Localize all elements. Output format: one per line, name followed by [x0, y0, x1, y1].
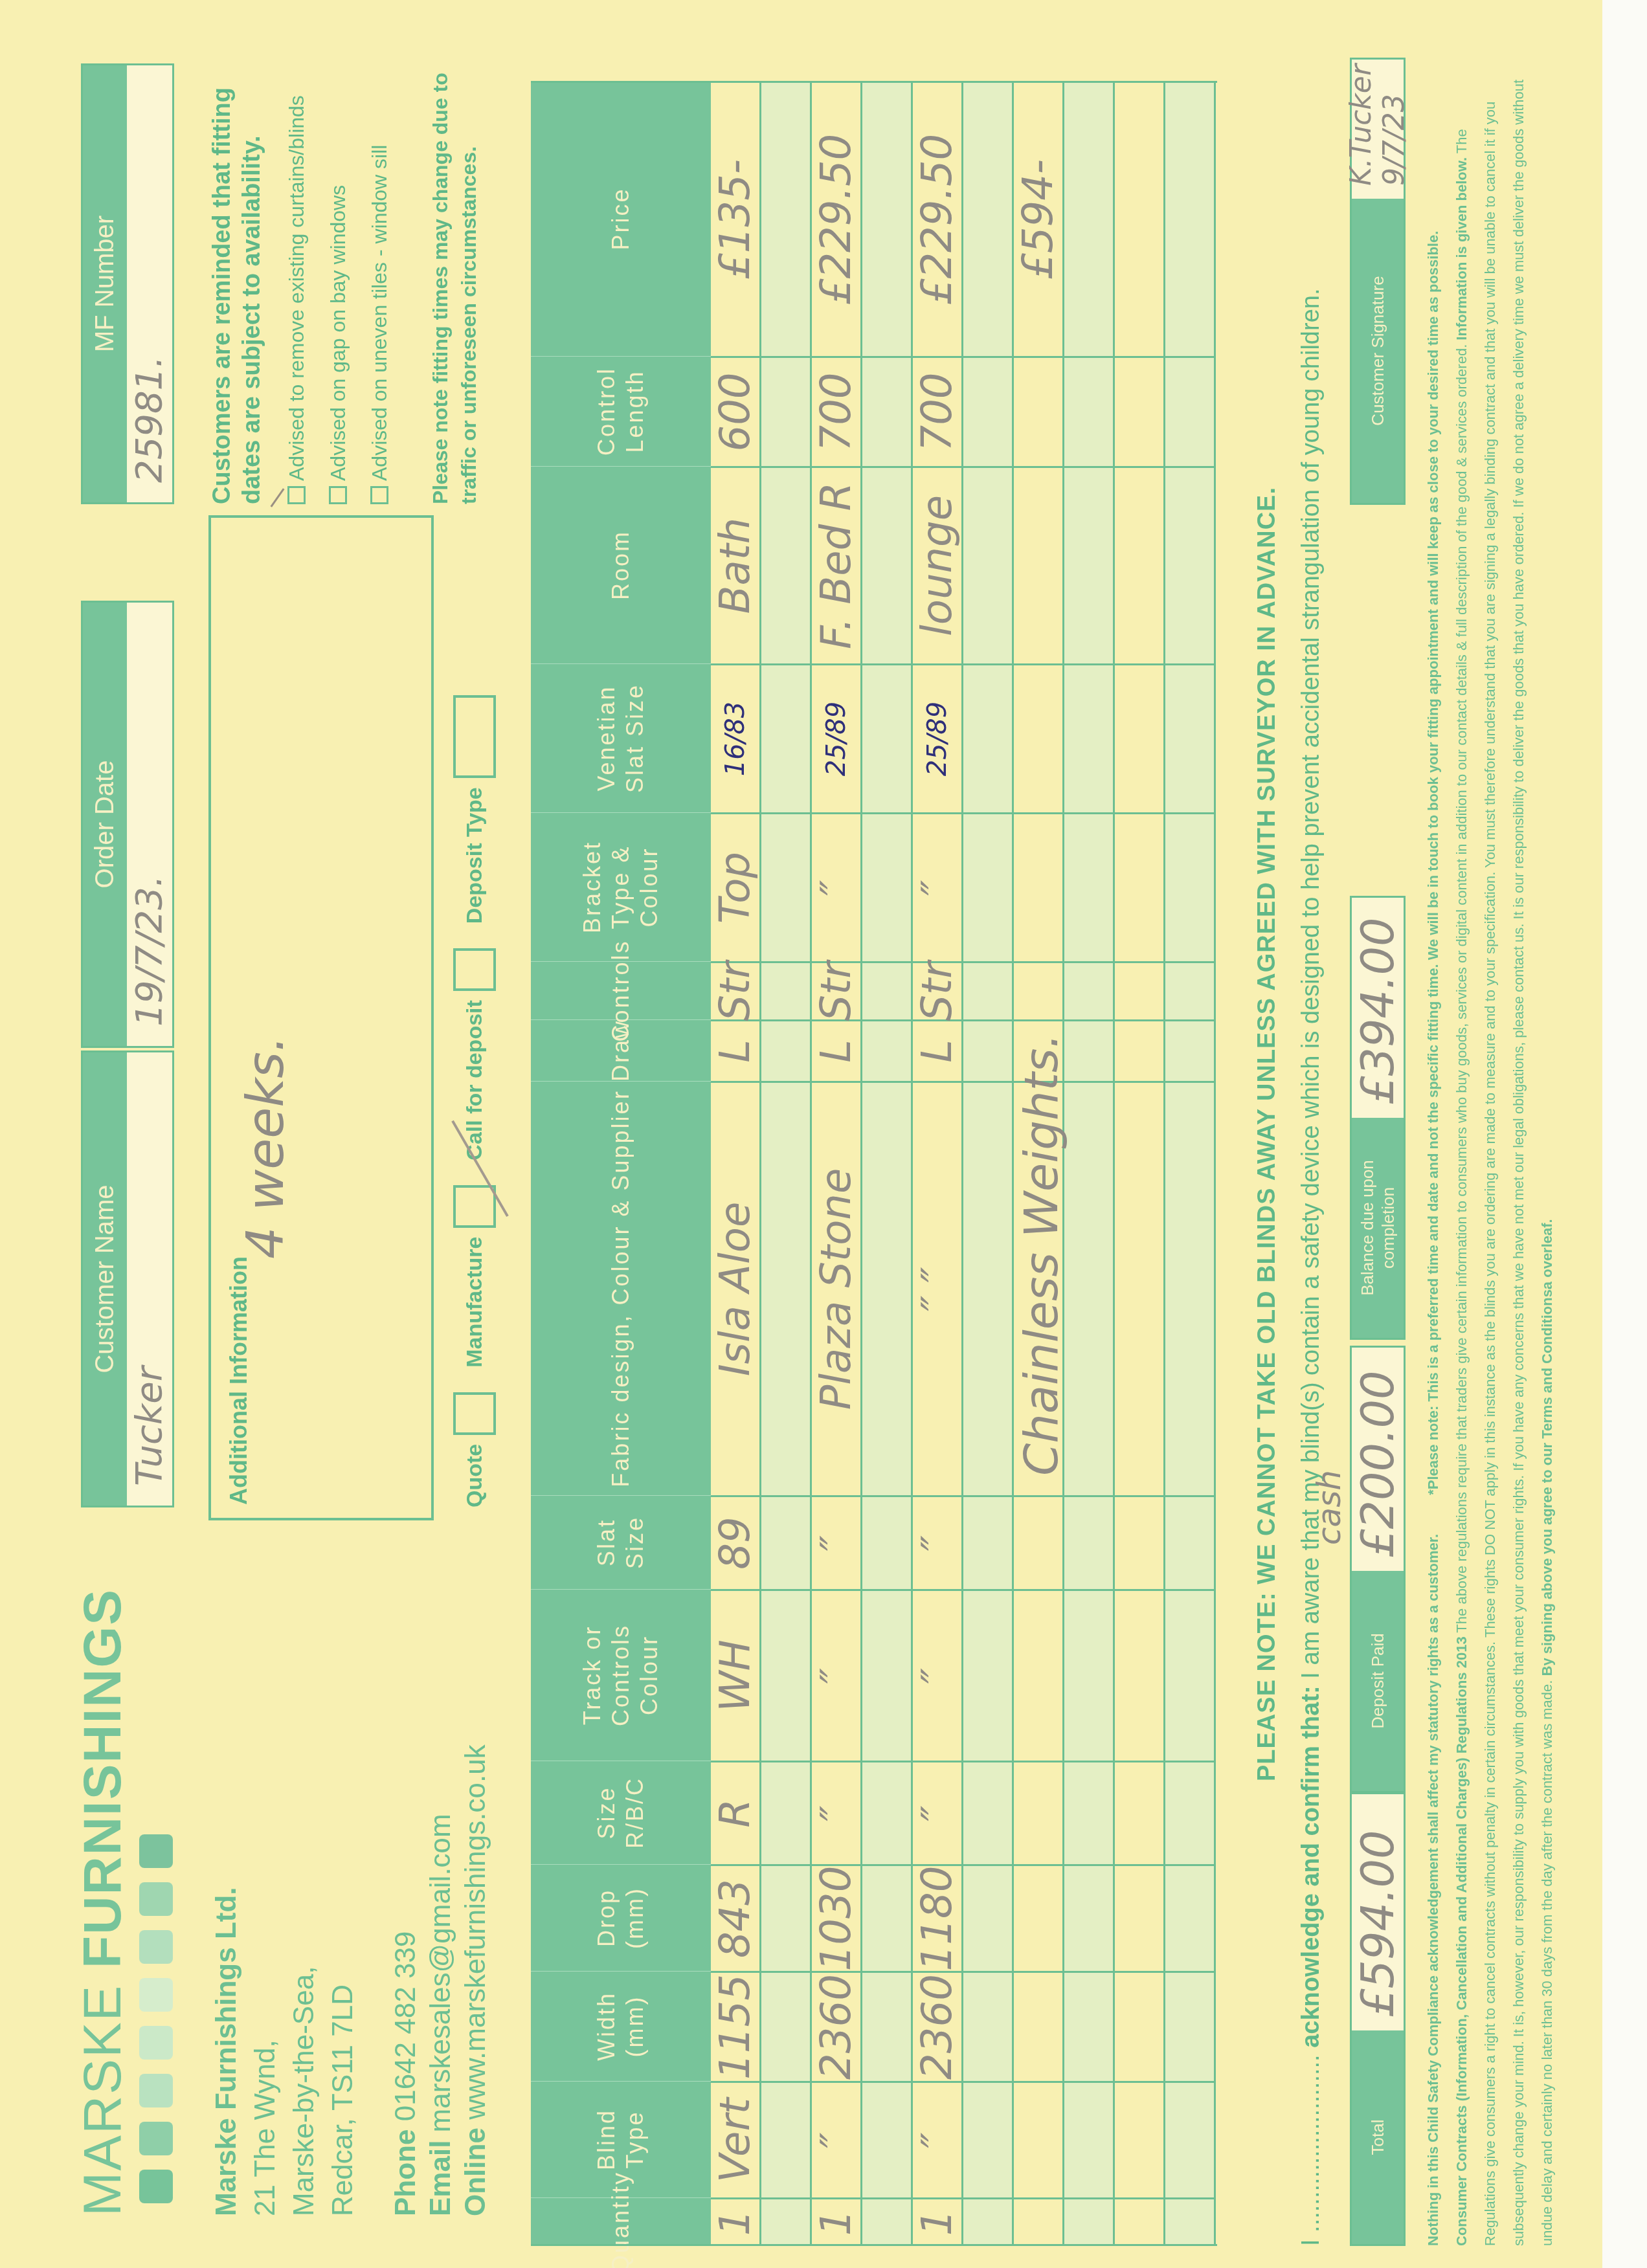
table-cell[interactable] [862, 1495, 911, 1589]
table-cell[interactable]: £229.50 [812, 81, 860, 356]
table-cell[interactable] [1115, 1864, 1163, 1971]
table-cell[interactable] [1115, 466, 1163, 663]
scan-margin [1602, 0, 1647, 2268]
cell-value: Str [913, 961, 961, 1021]
manufacture-checkbox[interactable] [453, 1185, 496, 1228]
additional-information-value[interactable]: 4 weeks. [237, 1036, 295, 1259]
table-cell[interactable] [862, 1864, 911, 1971]
deposit-paid-box[interactable]: Deposit Paid cash £200.00 [1350, 1346, 1406, 1793]
table-cell[interactable] [1014, 812, 1062, 961]
table-cell[interactable]: ″ [913, 1589, 961, 1761]
column-header: Fabric design, Colour & Supplier [531, 1081, 711, 1495]
table-cell[interactable]: Isla Aloe [711, 1081, 759, 1495]
table-cell[interactable] [1064, 1019, 1113, 1081]
cell-value: Vert [711, 2098, 759, 2183]
table-cell[interactable]: 1180 [913, 1864, 961, 1971]
cell-value: £594- [1014, 159, 1062, 280]
fabric-swatch-icon [139, 2122, 173, 2155]
deposit-method: cash [1310, 1470, 1348, 1545]
advice-label: Advised to remove existing curtains/blin… [276, 95, 317, 481]
availability-reminder: Customers are reminded that fitting date… [207, 51, 267, 504]
table-cell[interactable] [1064, 1971, 1113, 2081]
mf-number-label: MF Number [83, 65, 127, 502]
table-cell[interactable] [1115, 663, 1163, 812]
table-cell[interactable] [1115, 81, 1163, 356]
table-cell[interactable] [1115, 961, 1163, 1019]
table-row [1115, 81, 1165, 2246]
order-date-field[interactable]: Order Date 19/7/23. [81, 601, 174, 1048]
row-note: Chainless Weights. [1014, 1034, 1068, 1476]
cell-value: 1030 [812, 1866, 860, 1972]
balance-due-label: Balance due upon completion [1352, 1118, 1404, 1338]
company-address: Marske Furnishings Ltd. 21 The Wynd, Mar… [207, 1887, 363, 2216]
logo-light-text: MARSKE [73, 1984, 132, 2216]
logo-swatches [139, 1834, 173, 2203]
table-cell[interactable]: Top [711, 812, 759, 961]
cell-value: £229.50 [913, 134, 961, 306]
table-cell[interactable] [862, 2197, 911, 2246]
table-cell[interactable]: 89 [711, 1495, 759, 1589]
email-address: marskesales@gmail.com [425, 1814, 456, 2132]
online-label: Online [460, 2128, 491, 2216]
table-cell[interactable]: £594- [1014, 81, 1062, 356]
cell-value: 1 [812, 2210, 860, 2236]
table-cell[interactable] [862, 961, 911, 1019]
table-cell[interactable]: Plaza Stone [812, 1081, 860, 1495]
cell-value: 1155 [711, 1974, 759, 2080]
cell-value: 89 [711, 1517, 759, 1569]
customer-signature-box[interactable]: Customer Signature K.Tucker 9/7/23 [1350, 58, 1406, 505]
additional-information-box[interactable]: Additional Information 4 weeks. [208, 515, 434, 1520]
order-date-value[interactable]: 19/7/23. [127, 603, 172, 1046]
table-cell[interactable]: F. Bed R [812, 466, 860, 663]
cell-value: 16/83 [721, 702, 750, 776]
fitting-notes: Customers are reminded that fitting date… [207, 51, 483, 504]
checkbox-icon[interactable] [370, 486, 388, 504]
cell-value: Top [711, 852, 759, 924]
table-cell[interactable] [1064, 2081, 1113, 2197]
table-cell[interactable] [1165, 1019, 1214, 1081]
table-cell[interactable] [1064, 663, 1113, 812]
table-header: QuantityBlind TypeWidth (mm)Drop (mm)Siz… [531, 81, 711, 2246]
ack-signature-line: I .......................... [1297, 2054, 1325, 2246]
table-cell[interactable]: WH [711, 1589, 759, 1761]
table-cell[interactable] [963, 2197, 1012, 2246]
table-cell[interactable] [1165, 2081, 1214, 2197]
old-blinds-notice: PLEASE NOTE: WE CANNOT TAKE OLD BLINDS A… [1253, 0, 1281, 2268]
deposit-type-label: Deposit Type [462, 787, 487, 924]
table-cell[interactable] [1064, 812, 1113, 961]
quote-label: Quote [462, 1444, 487, 1507]
table-cell[interactable]: 843 [711, 1864, 759, 1971]
table-cell[interactable] [761, 812, 810, 961]
table-cell[interactable] [1115, 1971, 1163, 2081]
table-row [1064, 81, 1115, 2246]
column-header: Price [531, 81, 711, 356]
column-header: Room [531, 466, 711, 663]
table-cell[interactable]: 1155 [711, 1971, 759, 2081]
cell-value: lounge [913, 495, 961, 636]
swirl-swatch-icon [139, 1834, 173, 1868]
table-cell[interactable] [761, 1495, 810, 1589]
table-cell[interactable] [1014, 2197, 1062, 2246]
table-cell[interactable] [1014, 961, 1062, 1019]
cell-value: ″ [913, 1668, 961, 1684]
table-cell[interactable] [1115, 2197, 1163, 2246]
table-cell[interactable] [1014, 356, 1062, 466]
table-row [862, 81, 913, 2246]
table-cell[interactable] [963, 812, 1012, 961]
table-cell[interactable] [761, 1589, 810, 1761]
cell-value: 2360 [812, 1974, 860, 2080]
table-row: 1″23601030″″″Plaza StoneLStr″25/89F. Bed… [812, 81, 862, 2246]
table-cell[interactable] [1115, 1019, 1163, 1081]
cell-value: 1 [711, 2210, 759, 2236]
safety-acknowledgement: I .......................... acknowledge… [1297, 289, 1325, 2246]
table-cell[interactable] [761, 1019, 810, 1081]
table-cell[interactable] [862, 1589, 911, 1761]
cell-value: 1 [913, 2210, 961, 2236]
table-cell[interactable]: Bath [711, 466, 759, 663]
website-url: www.marskefurnishings.co.uk [460, 1744, 491, 2120]
brand-logo: MARSKE FURNISHINGS [73, 1588, 133, 2216]
table-cell[interactable] [1115, 1495, 1163, 1589]
company-name: Marske Furnishings Ltd. [207, 1887, 246, 2216]
table-cell[interactable] [1014, 663, 1062, 812]
table-cell[interactable] [1115, 356, 1163, 466]
cell-value: R [711, 1799, 759, 1827]
table-cell[interactable] [1014, 1971, 1062, 2081]
table-cell[interactable] [1165, 663, 1214, 812]
table-cell[interactable]: 1030 [812, 1864, 860, 1971]
table-cell[interactable] [761, 356, 810, 466]
table-cell[interactable]: ″ [812, 1761, 860, 1864]
terms-agreement: By signing above you agree to our Terms … [1539, 1219, 1555, 1676]
cell-value: 843 [711, 1879, 759, 1958]
table-cell[interactable] [1165, 961, 1214, 1019]
table-cell[interactable]: 25/89 [812, 663, 860, 812]
table-cell[interactable] [1165, 81, 1214, 356]
column-header: Control Length [531, 356, 711, 466]
logo-bold-text: FURNISHINGS [73, 1588, 132, 1968]
table-cell[interactable] [862, 1971, 911, 2081]
table-cell[interactable]: ″ [913, 2081, 961, 2197]
table-cell[interactable]: Vert [711, 2081, 759, 2197]
table-row [963, 81, 1014, 2246]
table-cell[interactable]: Str [913, 961, 961, 1019]
table-cell[interactable] [1014, 1864, 1062, 1971]
fabric-swatch-icon [139, 2170, 173, 2203]
checkbox-icon[interactable] [287, 486, 306, 504]
balance-due-box[interactable]: Balance due upon completion £394.00 [1350, 896, 1406, 1340]
table-cell[interactable]: Str [711, 961, 759, 1019]
table-cell[interactable] [761, 2197, 810, 2246]
table-cell[interactable] [1014, 2081, 1062, 2197]
table-cell[interactable] [1165, 1971, 1214, 2081]
cell-value: 700 [812, 372, 860, 451]
table-cell[interactable]: L [711, 1019, 759, 1081]
table-cell[interactable] [862, 81, 911, 356]
table-cell[interactable]: ″ [913, 1761, 961, 1864]
table-cell[interactable]: 1 [812, 2197, 860, 2246]
cell-value: L [812, 1039, 860, 1063]
customer-signature-value[interactable]: K.Tucker 9/7/23 [1352, 60, 1404, 199]
fabric-swatch-icon [139, 1882, 173, 1916]
table-cell[interactable]: L [913, 1019, 961, 1081]
balance-due-value[interactable]: £394.00 [1352, 898, 1404, 1118]
table-cell[interactable] [1165, 812, 1214, 961]
table-cell[interactable]: 1 [913, 2197, 961, 2246]
table-cell[interactable] [1014, 1589, 1062, 1761]
regulations-text: The above regulations require that trade… [1453, 344, 1470, 1637]
cell-value: 25/89 [822, 702, 851, 776]
mf-number-field[interactable]: MF Number 25981. [81, 63, 174, 504]
table-cell[interactable] [1165, 356, 1214, 466]
fabric-swatch-icon [139, 2026, 173, 2060]
cell-value: Bath [711, 518, 759, 614]
table-cell[interactable] [963, 81, 1012, 356]
table-cell[interactable] [963, 1495, 1012, 1589]
cell-value: ″ [913, 1806, 961, 1821]
cell-value: ″ [913, 2133, 961, 2148]
fabric-swatch-icon [139, 1930, 173, 1964]
table-cell[interactable] [1115, 812, 1163, 961]
ack-bold: acknowledge and confirm that: [1297, 1685, 1325, 2048]
deposit-paid-label: Deposit Paid [1352, 1571, 1404, 1791]
table-cell[interactable] [761, 663, 810, 812]
table-cell[interactable] [862, 2081, 911, 2197]
cell-value: £135- [711, 159, 759, 280]
table-cell[interactable] [862, 1761, 911, 1864]
total-label: Total [1352, 2030, 1404, 2244]
table-cell[interactable] [963, 1761, 1012, 1864]
email-label: Email [425, 2140, 456, 2216]
table-row: 1Vert1155843RWH89Isla AloeLStrTop16/83Ba… [711, 81, 761, 2246]
table-cell[interactable]: ″ ″ [913, 1081, 961, 1495]
cell-value: 1180 [913, 1866, 961, 1972]
table-cell[interactable] [761, 81, 810, 356]
table-cell[interactable] [963, 1081, 1012, 1495]
table-cell[interactable] [1014, 1761, 1062, 1864]
mf-number-value[interactable]: 25981. [127, 65, 172, 502]
column-header: Size R/B/C [531, 1761, 711, 1864]
table-cell[interactable] [963, 1589, 1012, 1761]
preferred-time-note: *Please note: This is a preferred time a… [1419, 231, 1448, 1495]
table-cell[interactable] [1064, 356, 1113, 466]
cell-value: 600 [711, 372, 759, 451]
table-cell[interactable] [963, 1019, 1012, 1081]
table-cell[interactable] [1064, 1864, 1113, 1971]
table-cell[interactable] [1014, 1495, 1062, 1589]
cell-value: ″ [812, 1668, 860, 1684]
fitting-times-note: Please note fitting times may change due… [426, 51, 483, 504]
table-cell[interactable] [963, 466, 1012, 663]
table-cell[interactable] [1064, 2197, 1113, 2246]
table-cell[interactable] [963, 2081, 1012, 2197]
table-cell[interactable] [761, 1081, 810, 1495]
cell-value: 2360 [913, 1974, 961, 2080]
table-cell[interactable] [1064, 81, 1113, 356]
table-cell[interactable]: Str [812, 961, 860, 1019]
advice-label: Advised on gap on bay windows [317, 185, 359, 481]
order-form-page: MARSKE FURNISHINGS Marske Furnishings Lt… [0, 0, 1602, 2268]
customer-name-label: Customer Name [83, 1052, 127, 1506]
cell-value: 700 [913, 372, 961, 451]
table-cell[interactable] [1165, 1864, 1214, 1971]
customer-signature-label: Customer Signature [1352, 199, 1404, 503]
table-cell[interactable] [1115, 1761, 1163, 1864]
legal-terms: Nothing in this Child Safety Compliance … [1419, 71, 1562, 2246]
table-cell[interactable] [862, 356, 911, 466]
table-cell[interactable] [963, 961, 1012, 1019]
order-items-table: QuantityBlind TypeWidth (mm)Drop (mm)Siz… [531, 81, 1217, 2246]
cell-value: L [913, 1039, 961, 1063]
table-cell[interactable]: £135- [711, 81, 759, 356]
consumer-contracts-paragraph: Consumer Contracts (Information, Cancell… [1448, 71, 1562, 2246]
additional-information-label: Additional Information [225, 1256, 252, 1505]
table-cell[interactable] [1115, 1081, 1163, 1495]
table-cell[interactable]: R [711, 1761, 759, 1864]
table-row: 1″23601180″″″″ ″LStr″25/89lounge700£229.… [913, 81, 963, 2246]
advice-remove-curtains[interactable]: Advised to remove existing curtains/blin… [276, 51, 317, 504]
phone-label: Phone [390, 2129, 421, 2216]
total-box[interactable]: Total £594.00 [1350, 1792, 1406, 2246]
table-cell[interactable]: L [812, 1019, 860, 1081]
table-row [1165, 81, 1216, 2246]
table-cell[interactable]: ″ [812, 812, 860, 961]
table-cell[interactable]: 600 [711, 356, 759, 466]
table-cell[interactable] [862, 1081, 911, 1495]
table-cell[interactable] [761, 1864, 810, 1971]
column-header: Bracket Type & Colour [531, 812, 711, 961]
table-cell[interactable] [1165, 2197, 1214, 2246]
cell-value: Str [812, 961, 860, 1021]
address-line: 21 The Wynd, [246, 1887, 285, 2216]
cell-value: Isla Aloe [711, 1202, 759, 1377]
table-cell[interactable] [862, 466, 911, 663]
address-line: Redcar, TS11 7LD [324, 1887, 363, 2216]
table-cell[interactable] [1064, 466, 1113, 663]
column-header: Controls [531, 961, 711, 1019]
table-cell[interactable] [761, 1761, 810, 1864]
table-cell[interactable]: ″ [812, 1495, 860, 1589]
table-cell[interactable]: 1 [711, 2197, 759, 2246]
deposit-type-field[interactable] [453, 695, 496, 778]
order-options: Quote Manufacture Call for deposit Depos… [453, 695, 496, 1507]
table-cell[interactable] [1064, 1081, 1113, 1495]
table-cell[interactable] [862, 1019, 911, 1081]
table-row [761, 81, 812, 2246]
table-cell[interactable] [1064, 1761, 1113, 1864]
customer-name-field[interactable]: Customer Name Tucker [81, 1051, 174, 1507]
table-cell[interactable] [761, 961, 810, 1019]
cell-value: Plaza Stone [812, 1168, 860, 1410]
table-cell[interactable]: 25/89 [913, 663, 961, 812]
table-cell[interactable] [1014, 466, 1062, 663]
table-cell[interactable] [963, 1971, 1012, 2081]
customer-name-value[interactable]: Tucker [127, 1052, 172, 1506]
table-cell[interactable] [1165, 1081, 1214, 1495]
cell-value: ″ [812, 2133, 860, 2148]
phone-number: 01642 482 339 [390, 1931, 421, 2122]
cell-value: F. Bed R [812, 482, 860, 649]
table-cell[interactable]: ″ [913, 1495, 961, 1589]
table-cell[interactable]: ″ [812, 2081, 860, 2197]
cell-value: £229.50 [812, 134, 860, 306]
table-cell[interactable] [1165, 1495, 1214, 1589]
cell-value: ″ [913, 1535, 961, 1551]
cell-value: WH [711, 1640, 759, 1711]
cell-value: Str [711, 961, 759, 1021]
cell-value: ″ [812, 1535, 860, 1551]
table-cell[interactable] [1115, 1589, 1163, 1761]
call-for-deposit-label: Call for deposit [462, 1000, 487, 1160]
table-cell[interactable] [761, 1971, 810, 2081]
table-cell[interactable]: lounge [913, 466, 961, 663]
call-for-deposit-checkbox[interactable] [453, 948, 496, 991]
table-cell[interactable] [1064, 1589, 1113, 1761]
address-line: Marske-by-the-Sea, [285, 1887, 324, 2216]
info-given-below: Information is given below. [1453, 157, 1470, 340]
table-cell[interactable]: 2360 [812, 1971, 860, 2081]
table-cell[interactable] [761, 466, 810, 663]
table-cell[interactable]: ″ [913, 812, 961, 961]
table-cell[interactable] [963, 356, 1012, 466]
advice-bay-gap[interactable]: Advised on gap on bay windows [317, 51, 359, 504]
cell-value: ″ [812, 1806, 860, 1821]
table-cell[interactable]: 2360 [913, 1971, 961, 2081]
table-cell[interactable] [1165, 466, 1214, 663]
column-header: Slat Size [531, 1495, 711, 1589]
column-header: Width (mm) [531, 1971, 711, 2081]
manufacture-label: Manufacture [462, 1237, 487, 1368]
table-cell[interactable] [862, 812, 911, 961]
cell-value: L [711, 1039, 759, 1063]
table-cell[interactable] [963, 663, 1012, 812]
total-value[interactable]: £594.00 [1352, 1794, 1404, 2030]
table-cell[interactable]: 700 [812, 356, 860, 466]
cell-value: ″ [812, 880, 860, 896]
cell-value: 25/89 [923, 702, 952, 776]
column-header: Venetian Slat Size [531, 663, 711, 812]
checkbox-icon[interactable] [329, 486, 347, 504]
regulations-title: Consumer Contracts (Information, Cancell… [1453, 1636, 1470, 2246]
deposit-paid-value[interactable]: cash £200.00 [1352, 1348, 1404, 1571]
table-cell[interactable] [1064, 1495, 1113, 1589]
table-cell[interactable]: ″ [812, 1589, 860, 1761]
table-cell[interactable] [862, 663, 911, 812]
table-cell[interactable] [963, 1864, 1012, 1971]
advice-label: Advised on uneven tiles - window sill [359, 145, 400, 481]
table-cell[interactable] [1064, 961, 1113, 1019]
table-cell[interactable] [1165, 1761, 1214, 1864]
deposit-amount: £200.00 [1351, 1371, 1404, 1558]
column-header: Drop (mm) [531, 1864, 711, 1971]
order-date-label: Order Date [83, 603, 127, 1046]
table-cell[interactable]: 16/83 [711, 663, 759, 812]
table-cell[interactable] [1165, 1589, 1214, 1761]
advice-uneven-tiles[interactable]: Advised on uneven tiles - window sill [359, 51, 400, 504]
column-header: Quantity [531, 2197, 711, 2246]
quote-checkbox[interactable] [453, 1392, 496, 1435]
table-cell[interactable] [761, 2081, 810, 2197]
table-cell[interactable]: 700 [913, 356, 961, 466]
fabric-swatch-icon [139, 2074, 173, 2107]
company-contact: Phone 01642 482 339 Email marskesales@gm… [388, 1744, 493, 2216]
table-cell[interactable]: £229.50 [913, 81, 961, 356]
statutory-rights-note: Nothing in this Child Safety Compliance … [1419, 1534, 1448, 2246]
table-cell[interactable] [1115, 2081, 1163, 2197]
